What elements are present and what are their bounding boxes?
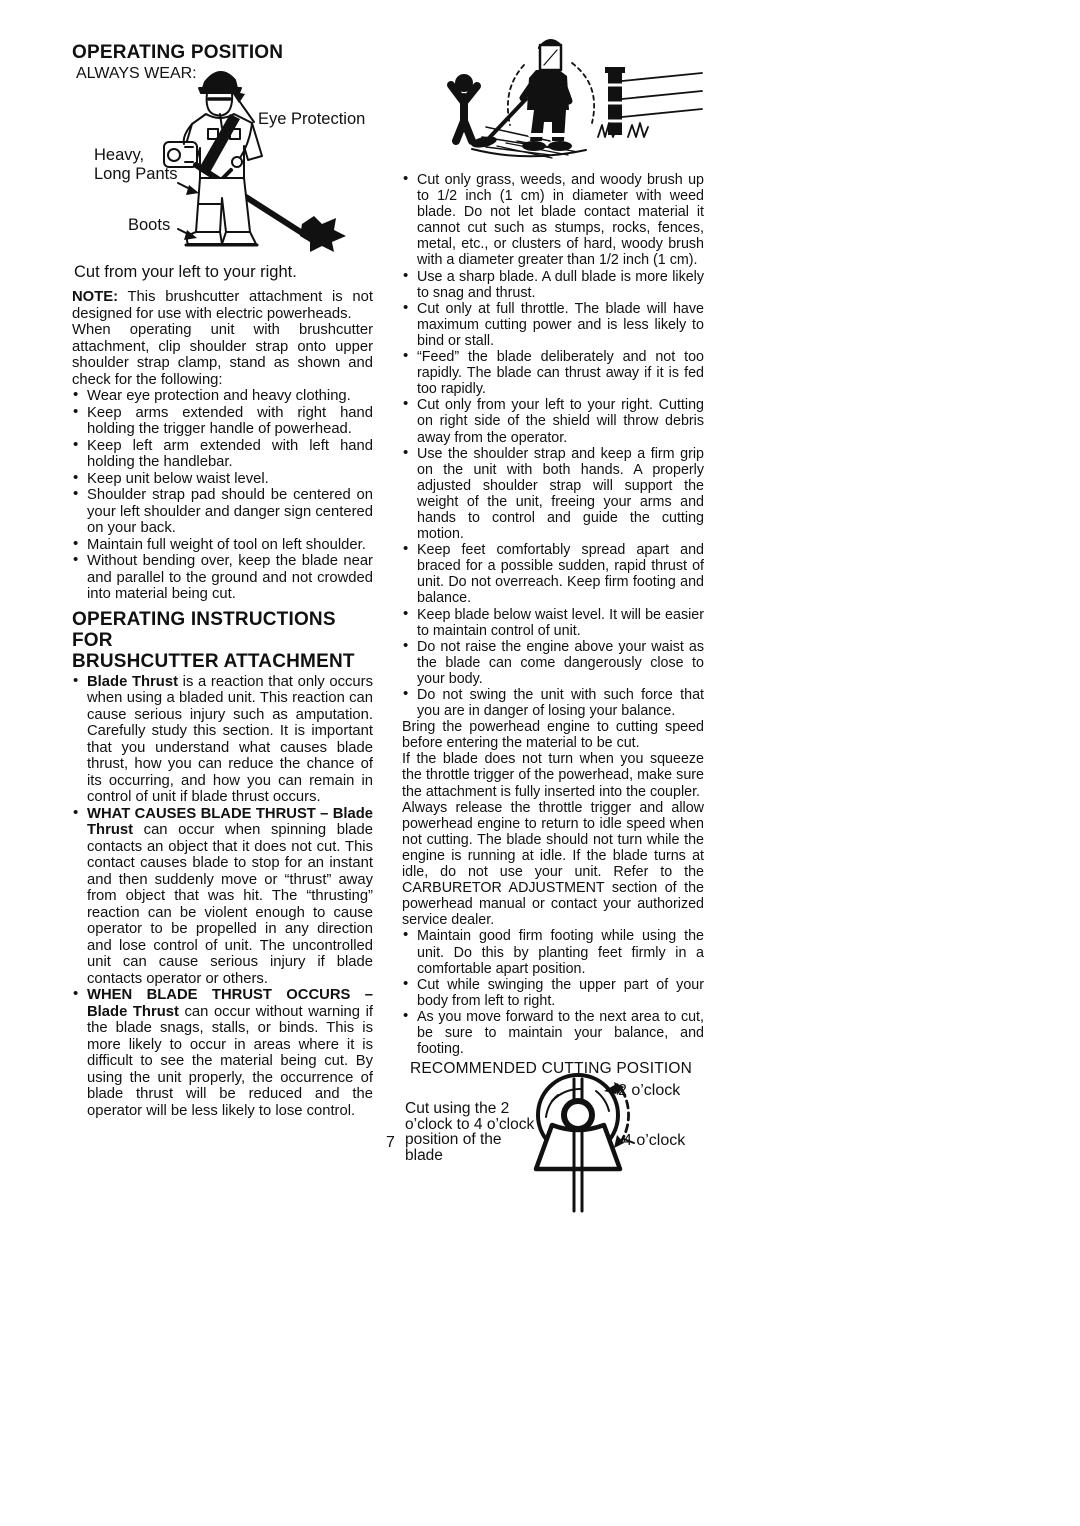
note-paragraph: NOTE: This brushcutter attachment is not… <box>72 289 373 322</box>
list-item: WHAT CAUSES BLADE THRUST – Blade Thrust … <box>72 806 373 988</box>
list-item: Maintain full weight of tool on left sho… <box>72 537 373 554</box>
recommended-cutting-position-heading: RECOMMENDED CUTTING POSITION <box>410 1060 704 1077</box>
section-heading-operating-instructions: OPERATING INSTRUCTIONS FOR BRUSHCUTTER A… <box>72 609 373 672</box>
bullet-text: Shoulder strap pad should be centered on… <box>87 487 373 536</box>
eye-protection-label: Eye Protection <box>258 110 365 129</box>
operation-paragraphs: Bring the powerhead engine to cutting sp… <box>402 719 704 928</box>
section-heading-operating-position: OPERATING POSITION <box>72 42 373 63</box>
bullet-text: Cut only grass, weeds, and woody brush u… <box>417 172 704 268</box>
bullet-text: Use the shoulder strap and keep a firm g… <box>417 446 704 542</box>
list-item: Cut only from your left to your right. C… <box>402 397 704 445</box>
bullet-text: is a reaction that only occurs when usin… <box>87 674 373 806</box>
bullet-text: Cut only at full throttle. The blade wil… <box>417 301 704 349</box>
footing-list: Maintain good firm footing while using t… <box>402 928 704 1057</box>
right-column: Cut only grass, weeds, and woody brush u… <box>402 25 704 1211</box>
bullet-text: Without bending over, keep the blade nea… <box>87 553 373 602</box>
bullet-text: can occur without warning if the blade s… <box>87 1004 373 1119</box>
list-item: “Feed” the blade deliberately and not to… <box>402 349 704 397</box>
bullet-text: Do not raise the engine above your waist… <box>417 639 704 687</box>
clock-caption: Cut using the 2 o’clock to 4 o’clock pos… <box>405 1101 534 1163</box>
heading-line: OPERATING INSTRUCTIONS FOR <box>72 609 373 651</box>
bullet-text: Cut only from your left to your right. C… <box>417 397 704 445</box>
paragraph: Always release the throttle trigger and … <box>402 800 704 929</box>
bullet-text: Do not swing the unit with such force th… <box>417 687 704 719</box>
blade-clock-figure: Cut using the 2 o’clock to 4 o’clock pos… <box>402 1079 704 1211</box>
list-item: Keep feet comfortably spread apart and b… <box>402 542 704 606</box>
list-item: Keep left arm extended with left hand ho… <box>72 438 373 471</box>
bullet-text: Wear eye protection and heavy clothing. <box>87 388 351 404</box>
list-item: Keep arms extended with right hand holdi… <box>72 405 373 438</box>
list-item: Blade Thrust is a reaction that only occ… <box>72 674 373 806</box>
cutting-scene-figure <box>402 25 704 167</box>
bullet-text: Maintain full weight of tool on left sho… <box>87 537 366 553</box>
cutting-scene-illustration <box>402 25 704 167</box>
bullet-text: Use a sharp blade. A dull blade is more … <box>417 269 704 301</box>
bullet-text: Keep left arm extended with left hand ho… <box>87 438 373 471</box>
list-item: Keep blade below waist level. It will be… <box>402 607 704 639</box>
left-column: OPERATING POSITION ALWAYS WEAR: <box>72 42 373 1119</box>
page-number: 7 <box>386 1134 395 1152</box>
bullet-bold: Blade Thrust <box>87 674 178 690</box>
list-item: Shoulder strap pad should be centered on… <box>72 487 373 537</box>
bullet-text: Maintain good firm footing while using t… <box>417 928 704 976</box>
bullet-text: As you move forward to the next area to … <box>417 1009 704 1057</box>
bullet-text: “Feed” the blade deliberately and not to… <box>417 349 704 397</box>
list-item: Use the shoulder strap and keep a firm g… <box>402 446 704 543</box>
bullet-text: can occur when spinning blade contacts a… <box>87 822 373 987</box>
list-item: Maintain good firm footing while using t… <box>402 928 704 976</box>
blade-thrust-list: Blade Thrust is a reaction that only occ… <box>72 674 373 1120</box>
intro-paragraph: When operating unit with brushcutter att… <box>72 322 373 388</box>
note-text: This brushcutter attachment is not desig… <box>72 289 373 322</box>
blade-use-list: Cut only grass, weeds, and woody brush u… <box>402 172 704 719</box>
checklist: Wear eye protection and heavy clothing. … <box>72 388 373 603</box>
list-item: Keep unit below waist level. <box>72 471 373 488</box>
list-item: Use a sharp blade. A dull blade is more … <box>402 269 704 301</box>
four-oclock-label: 4 o’clock <box>623 1132 685 1149</box>
heading-line: BRUSHCUTTER ATTACHMENT <box>72 651 373 672</box>
paragraph: Bring the powerhead engine to cutting sp… <box>402 719 704 751</box>
bullet-text: Keep blade below waist level. It will be… <box>417 607 704 639</box>
bullet-text: Keep unit below waist level. <box>87 471 269 487</box>
bullet-text: Cut while swinging the upper part of you… <box>417 977 704 1009</box>
list-item: As you move forward to the next area to … <box>402 1009 704 1057</box>
list-item: Cut only at full throttle. The blade wil… <box>402 301 704 349</box>
manual-page: OPERATING POSITION ALWAYS WEAR: <box>0 0 1080 1526</box>
list-item: Without bending over, keep the blade nea… <box>72 553 373 603</box>
list-item: Cut only grass, weeds, and woody brush u… <box>402 172 704 269</box>
bullet-text: Keep arms extended with right hand holdi… <box>87 405 373 438</box>
boots-label: Boots <box>128 216 170 235</box>
list-item: WHEN BLADE THRUST OCCURS – Blade Thrust … <box>72 987 373 1119</box>
note-label: NOTE: <box>72 289 118 305</box>
cut-direction-caption: Cut from your left to your right. <box>74 263 373 282</box>
list-item: Do not swing the unit with such force th… <box>402 687 704 719</box>
heavy-long-pants-label: Heavy, Long Pants <box>94 146 177 184</box>
list-item: Do not raise the engine above your waist… <box>402 639 704 687</box>
operator-ppe-figure: Eye Protection Heavy, Long Pants Boots <box>72 66 402 260</box>
two-oclock-label: 2 o’clock <box>618 1082 680 1099</box>
list-item: Cut while swinging the upper part of you… <box>402 977 704 1009</box>
list-item: Wear eye protection and heavy clothing. <box>72 388 373 405</box>
bullet-text: Keep feet comfortably spread apart and b… <box>417 542 704 606</box>
paragraph: If the blade does not turn when you sque… <box>402 751 704 799</box>
